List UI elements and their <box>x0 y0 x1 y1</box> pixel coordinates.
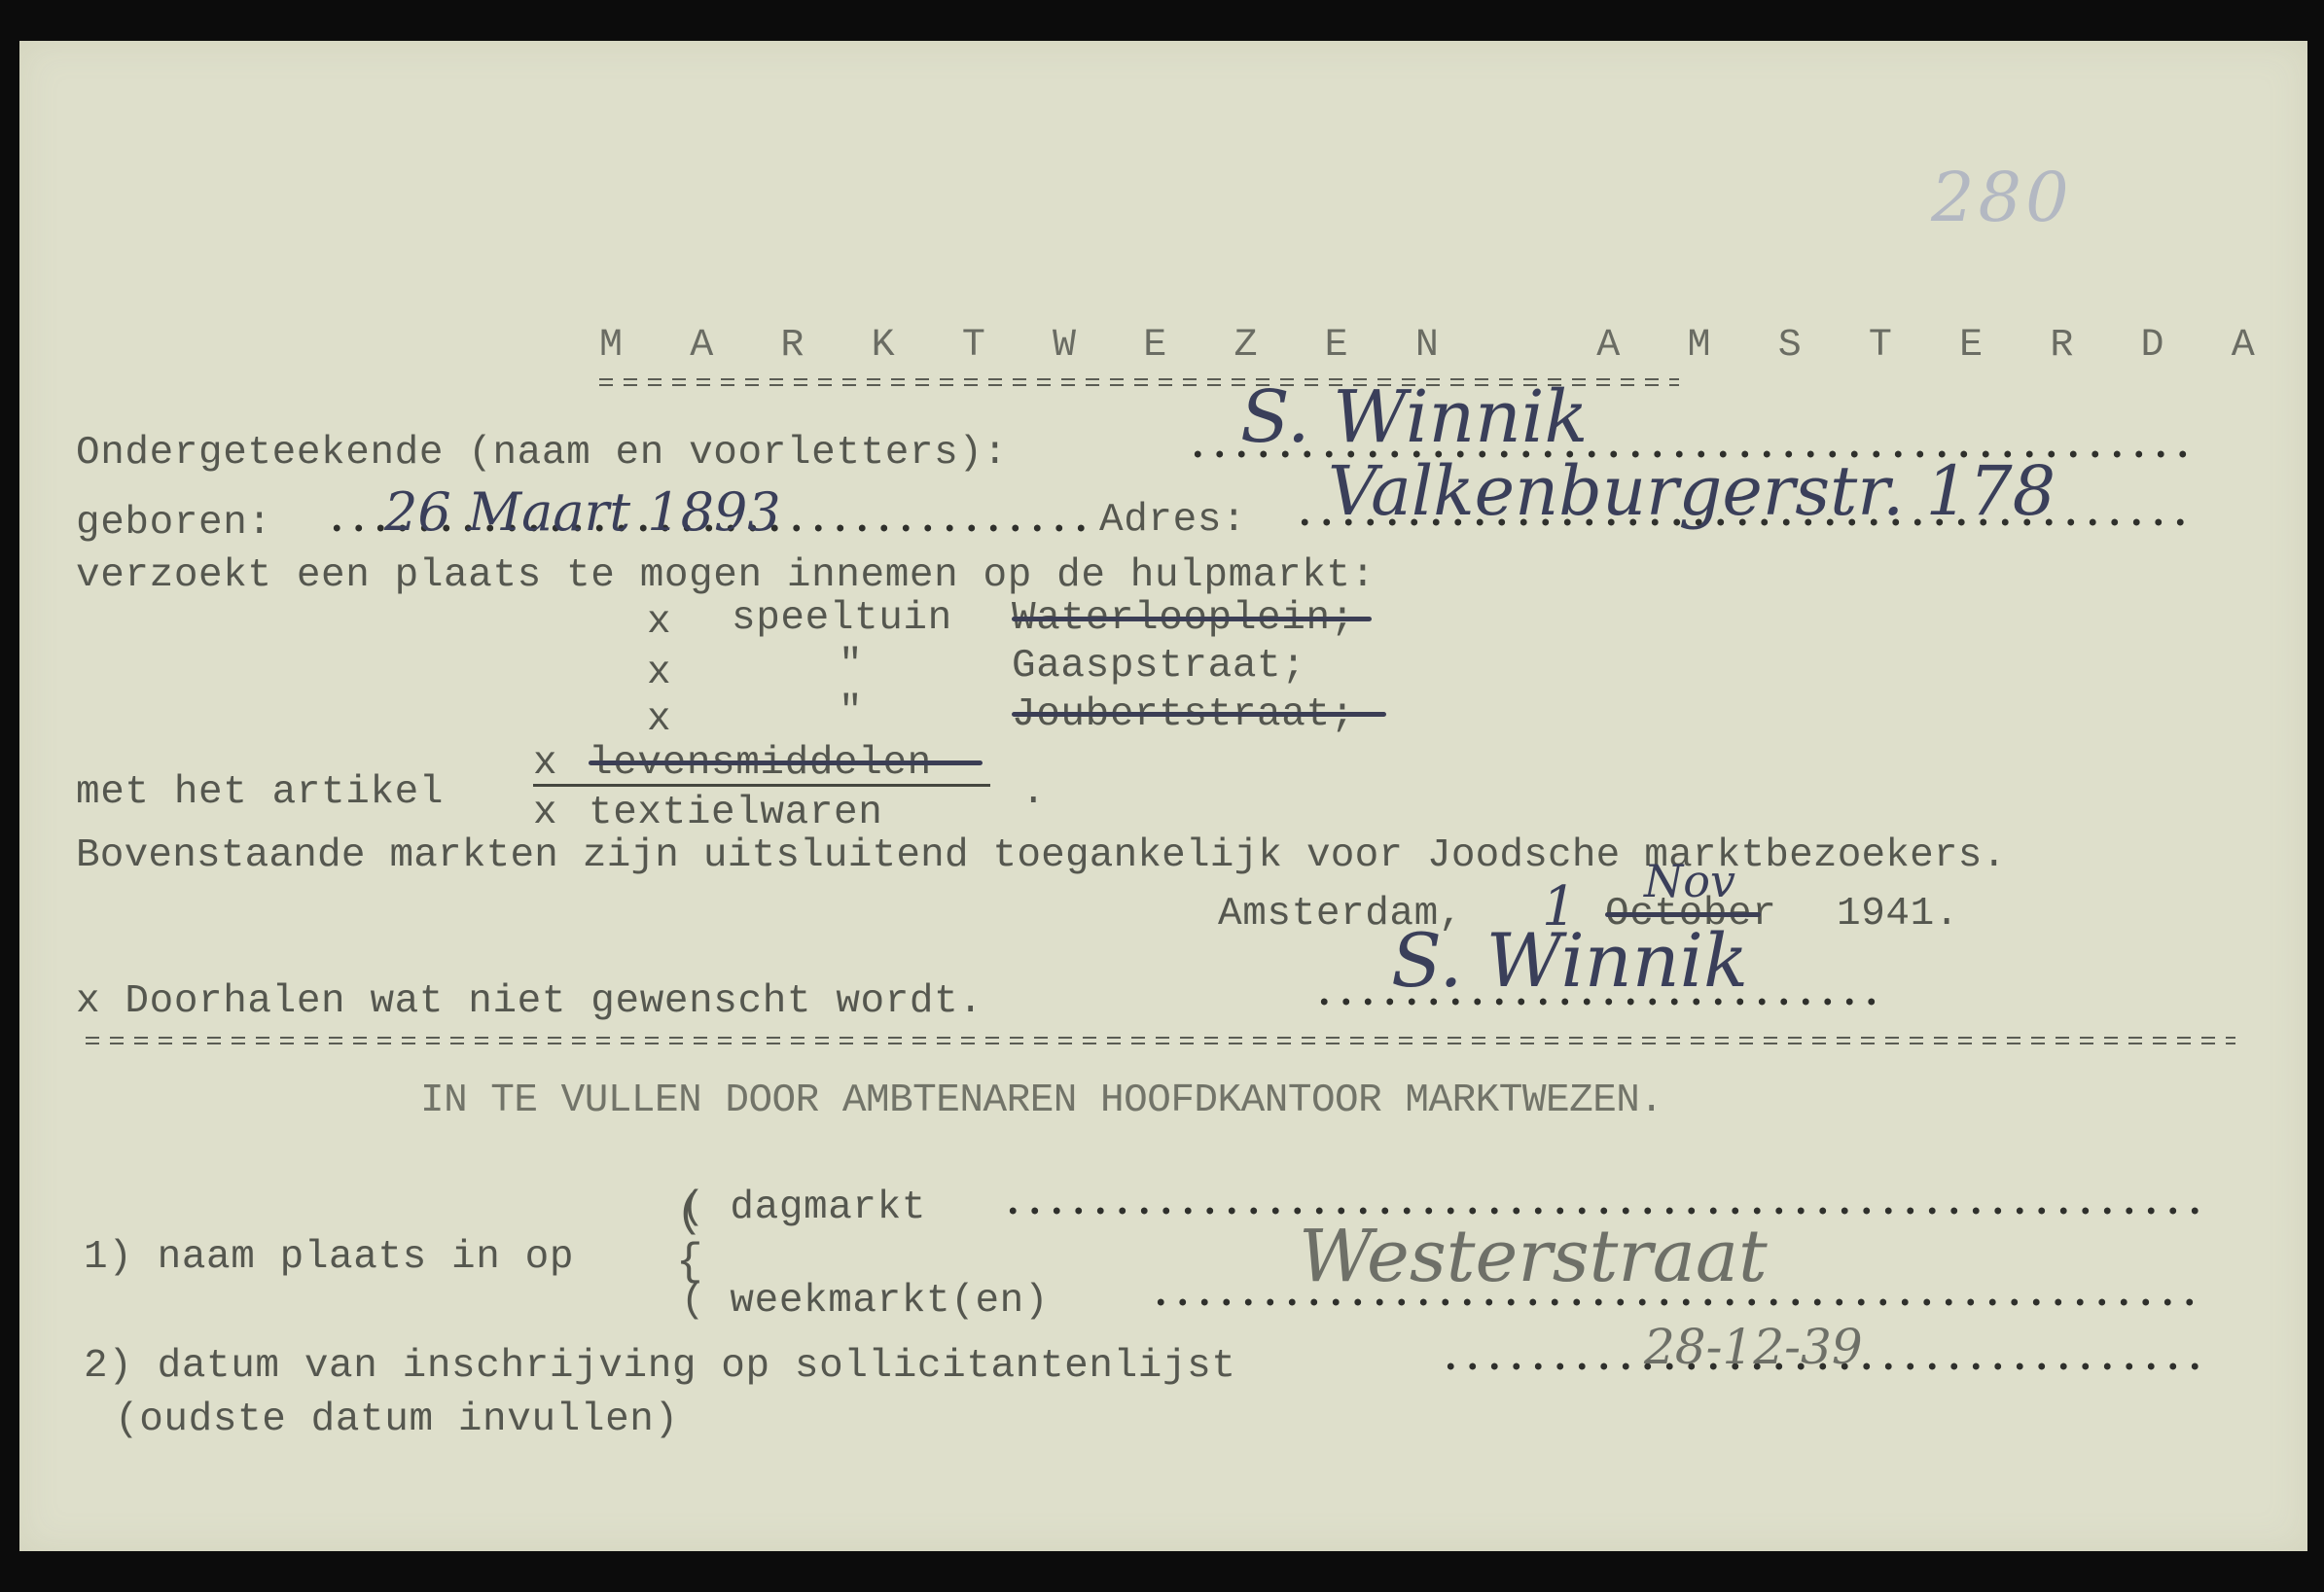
strikethrough-mark <box>1012 712 1386 717</box>
day-market-label: ( dagmarkt <box>681 1188 926 1228</box>
strikethrough-mark <box>1012 617 1372 621</box>
market-option-marker: x <box>647 603 671 643</box>
article-end-period: . <box>1021 773 1046 813</box>
item2-hint: (oudste datum invullen) <box>115 1400 679 1440</box>
page-title: M A R K T W E Z E N A M S T E R D A M . <box>599 327 2324 366</box>
date-month-handwritten[interactable]: Nov <box>1644 859 1735 903</box>
fraction-line <box>533 784 990 787</box>
born-label: geboren: <box>76 504 272 544</box>
request-text: verzoekt een plaats te mogen innemen op … <box>76 556 1376 596</box>
week-market-label: ( weekmarkt(en) <box>681 1282 1049 1322</box>
market-option-prefix: speeltuin <box>732 599 952 639</box>
date-year: 1941. <box>1837 895 1959 935</box>
born-field[interactable]: 26 Maart 1893 <box>384 486 781 539</box>
article-label: met het artikel <box>76 773 444 813</box>
article-option-marker: x <box>533 794 557 833</box>
applicant-label: Ondergeteekende (naam en voorletters): <box>76 434 1008 474</box>
market-option-gaaspstraat[interactable]: Gaaspstraat; <box>1012 647 1305 687</box>
signature-field[interactable]: S. Winnik <box>1391 924 1748 998</box>
applicant-name-field[interactable]: S. Winnik <box>1240 381 1588 453</box>
market-option-marker: x <box>647 700 671 740</box>
address-label: Adres: <box>1099 501 1246 541</box>
article-option-textielwaren[interactable]: textielwaren <box>589 794 882 833</box>
market-option-marker: x <box>647 654 671 693</box>
section-divider <box>86 1036 2235 1045</box>
item1-label: 1) naam plaats in op <box>84 1238 574 1278</box>
footnote-text: x Doorhalen wat niet gewenscht wordt. <box>76 982 983 1022</box>
official-section-title: IN TE VULLEN DOOR AMBTENAREN HOOFDKANTOO… <box>420 1081 1663 1121</box>
article-option-marker: x <box>533 744 557 784</box>
address-field[interactable]: Valkenburgerstr. 178 <box>1328 457 2056 525</box>
market-option-prefix: " <box>839 646 863 686</box>
item2-label: 2) datum van inschrijving op sollicitant… <box>84 1347 1236 1387</box>
item2-date-field[interactable]: 28-12-39 <box>1644 1323 1863 1371</box>
week-market-field[interactable]: Westerstraat <box>1299 1221 1768 1292</box>
archive-number: 280 <box>1931 163 2073 231</box>
week-market-dotted-field <box>1150 1297 2200 1307</box>
market-option-prefix: " <box>839 692 863 732</box>
strikethrough-mark <box>589 761 983 765</box>
